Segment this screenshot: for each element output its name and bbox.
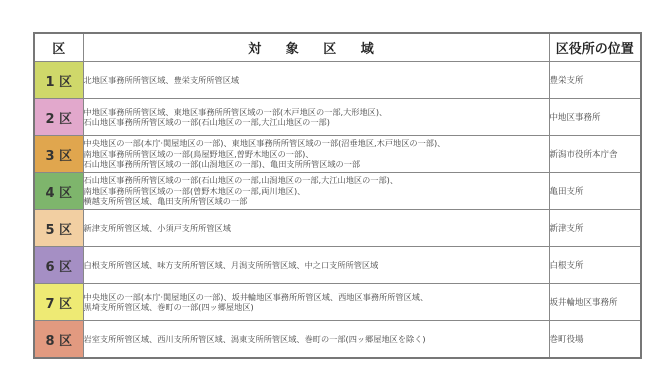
area-line: 岩室支所所管区域、西川支所所管区域、潟東支所所管区域、巻町の一部(四ッ郷屋地区を… xyxy=(84,334,549,345)
area-line: 新津支所所管区域、小須戸支所所管区域 xyxy=(84,223,549,234)
table-row: 6 区 白根支所所管区域、味方支所所管区域、月潟支所所管区域、中之口支所所管区域… xyxy=(34,247,641,284)
district-table: 区 対 象 区 域 区役所の位置 1 区 北地区事務所所管区域、豊栄支所所管区域… xyxy=(33,32,642,359)
office-location: 豊栄支所 xyxy=(549,62,641,99)
area-line: 南地区事務所所管区域の一部(曽野木地区の一部,両川地区)、 xyxy=(84,186,549,197)
header-ku: 区 xyxy=(34,33,83,62)
district-label: 5 区 xyxy=(34,210,83,247)
table-row: 5 区 新津支所所管区域、小須戸支所所管区域 新津支所 xyxy=(34,210,641,247)
area-line: 石山地区事務所所管区域の一部(山潟地区の一部)、亀田支所所管区域の一部 xyxy=(84,159,549,170)
area-line: 石山地区事務所所管区域の一部(石山地区の一部,大江山地区の一部) xyxy=(84,117,549,128)
area-line: 中地区事務所所管区域、東地区事務所所管区域の一部(木戸地区の一部,大形地区)、 xyxy=(84,107,549,118)
target-area: 北地区事務所所管区域、豊栄支所所管区域 xyxy=(83,62,549,99)
target-area: 中地区事務所所管区域、東地区事務所所管区域の一部(木戸地区の一部,大形地区)、石… xyxy=(83,99,549,136)
table-row: 1 区 北地区事務所所管区域、豊栄支所所管区域 豊栄支所 xyxy=(34,62,641,99)
table-row: 7 区 中央地区の一部(本庁·関屋地区の一部)、坂井輪地区事務所所管区域、西地区… xyxy=(34,284,641,321)
area-line: 中央地区の一部(本庁·関屋地区の一部)、東地区事務所所管区域の一部(沼垂地区,木… xyxy=(84,138,549,149)
office-location: 中地区事務所 xyxy=(549,99,641,136)
district-label: 6 区 xyxy=(34,247,83,284)
target-area: 石山地区事務所所管区域の一部(石山地区の一部,山潟地区の一部,大江山地区の一部)… xyxy=(83,173,549,210)
office-location: 巻町役場 xyxy=(549,321,641,359)
table-row: 4 区 石山地区事務所所管区域の一部(石山地区の一部,山潟地区の一部,大江山地区… xyxy=(34,173,641,210)
target-area: 中央地区の一部(本庁·関屋地区の一部)、坂井輪地区事務所所管区域、西地区事務所所… xyxy=(83,284,549,321)
target-area: 中央地区の一部(本庁·関屋地区の一部)、東地区事務所所管区域の一部(沼垂地区,木… xyxy=(83,136,549,173)
office-location: 新潟市役所本庁舎 xyxy=(549,136,641,173)
office-location: 坂井輪地区事務所 xyxy=(549,284,641,321)
area-line: 白根支所所管区域、味方支所所管区域、月潟支所所管区域、中之口支所所管区域 xyxy=(84,260,549,271)
district-label: 7 区 xyxy=(34,284,83,321)
district-label: 2 区 xyxy=(34,99,83,136)
district-label: 3 区 xyxy=(34,136,83,173)
area-line: 南地区事務所所管区域の一部(鳥屋野地区,曽野木地区の一部)、 xyxy=(84,149,549,160)
district-label: 1 区 xyxy=(34,62,83,99)
table-row: 8 区 岩室支所所管区域、西川支所所管区域、潟東支所所管区域、巻町の一部(四ッ郷… xyxy=(34,321,641,359)
header-area: 対 象 区 域 xyxy=(83,33,549,62)
target-area: 岩室支所所管区域、西川支所所管区域、潟東支所所管区域、巻町の一部(四ッ郷屋地区を… xyxy=(83,321,549,359)
office-location: 亀田支所 xyxy=(549,173,641,210)
area-line: 北地区事務所所管区域、豊栄支所所管区域 xyxy=(84,75,549,86)
office-location: 白根支所 xyxy=(549,247,641,284)
area-line: 黒埼支所所管区域、巻町の一部(四ッ郷屋地区) xyxy=(84,302,549,313)
target-area: 新津支所所管区域、小須戸支所所管区域 xyxy=(83,210,549,247)
header-office: 区役所の位置 xyxy=(549,33,641,62)
area-line: 中央地区の一部(本庁·関屋地区の一部)、坂井輪地区事務所所管区域、西地区事務所所… xyxy=(84,292,549,303)
district-label: 8 区 xyxy=(34,321,83,359)
target-area: 白根支所所管区域、味方支所所管区域、月潟支所所管区域、中之口支所所管区域 xyxy=(83,247,549,284)
office-location: 新津支所 xyxy=(549,210,641,247)
table-row: 3 区 中央地区の一部(本庁·関屋地区の一部)、東地区事務所所管区域の一部(沼垂… xyxy=(34,136,641,173)
header-row: 区 対 象 区 域 区役所の位置 xyxy=(34,33,641,62)
table-row: 2 区 中地区事務所所管区域、東地区事務所所管区域の一部(木戸地区の一部,大形地… xyxy=(34,99,641,136)
area-line: 石山地区事務所所管区域の一部(石山地区の一部,山潟地区の一部,大江山地区の一部)… xyxy=(84,175,549,186)
district-label: 4 区 xyxy=(34,173,83,210)
area-line: 横越支所所管区域、亀田支所所管区域の一部 xyxy=(84,196,549,207)
